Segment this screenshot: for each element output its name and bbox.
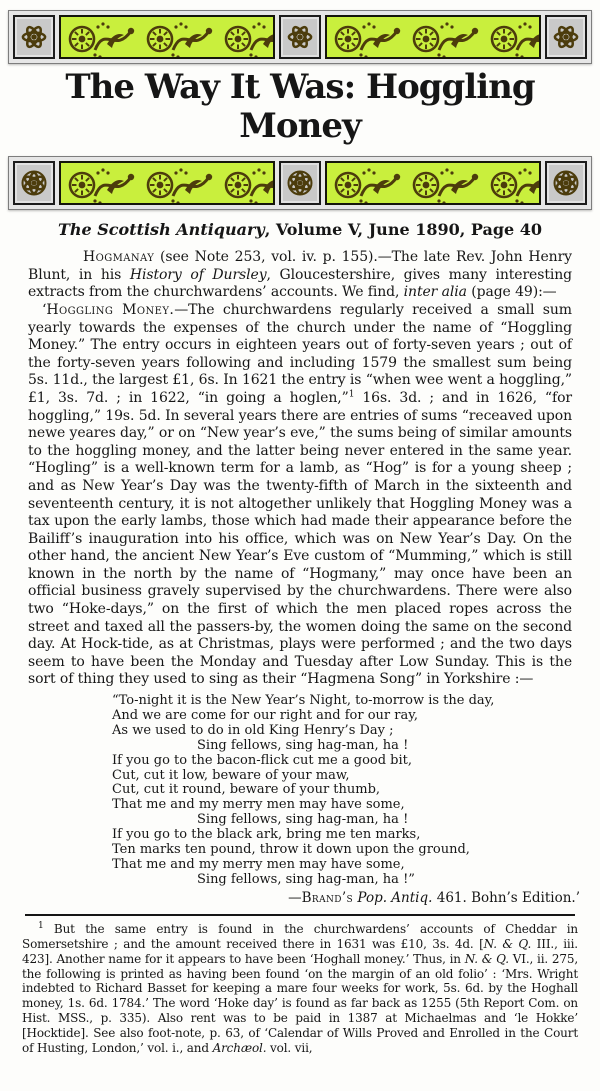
footnote-1: 1 But the same entry is found in the chu… (22, 922, 578, 1056)
vine-scroll-panel (59, 15, 275, 59)
poem-line: If you go to the bacon-flick cut me a go… (112, 754, 580, 769)
paragraph-hogmanay: Hogmanay (see Note 253, vol. iv. p. 155)… (28, 249, 572, 302)
vine-scroll-panel (59, 161, 275, 205)
poem-line: And we are come for our right and for ou… (112, 709, 580, 724)
trefoil-knot-icon (13, 161, 55, 205)
source-citation: The Scottish Antiquary, Volume V, June 1… (0, 220, 600, 239)
poem-line: Ten marks ten pound, throw it down upon … (112, 843, 580, 858)
paragraph-hoggling-money: ‘Hoggling Money.—The churchwardens regul… (28, 302, 572, 689)
poem-line: That me and my merry men may have some, (112, 798, 580, 813)
document-page: The Way It Was: Hoggling Money The Scott… (0, 0, 600, 1091)
poem-line: If you go to the black ark, bring me ten… (112, 828, 580, 843)
vine-scroll-panel (325, 161, 541, 205)
source-citation-rest: , Volume V, June 1890, Page 40 (265, 220, 542, 239)
footnote-divider (25, 914, 575, 916)
celtic-knot-icon (13, 15, 55, 59)
trefoil-knot-icon (279, 161, 321, 205)
vine-scroll-panel (325, 15, 541, 59)
poem-line: Sing fellows, sing hag-man, ha ! (197, 739, 580, 754)
page-title: The Way It Was: Hoggling Money (6, 68, 594, 146)
poem-line: Sing fellows, sing hag-man, ha !” (197, 873, 580, 888)
journal-title: The Scottish Antiquary (58, 220, 265, 239)
poem-line: Cut, cut it round, beware of your thumb, (112, 783, 580, 798)
article-body: Hogmanay (see Note 253, vol. iv. p. 155)… (28, 249, 572, 689)
poem-line: As we used to do in old King Henry’s Day… (112, 724, 580, 739)
ornamental-border-top (8, 10, 592, 64)
hagmena-song: “To-night it is the New Year’s Night, to… (112, 694, 580, 888)
poem-attribution: —Brand’s Pop. Antiq. 461. Bohn’s Edition… (0, 890, 580, 906)
poem-line: Cut, cut it low, beware of your maw, (112, 769, 580, 784)
poem-line: Sing fellows, sing hag-man, ha ! (197, 813, 580, 828)
celtic-knot-icon (545, 15, 587, 59)
poem-line: “To-night it is the New Year’s Night, to… (112, 694, 580, 709)
celtic-knot-icon (279, 15, 321, 59)
trefoil-knot-icon (545, 161, 587, 205)
poem-line: That me and my merry men may have some, (112, 858, 580, 873)
ornamental-border-middle (8, 156, 592, 210)
